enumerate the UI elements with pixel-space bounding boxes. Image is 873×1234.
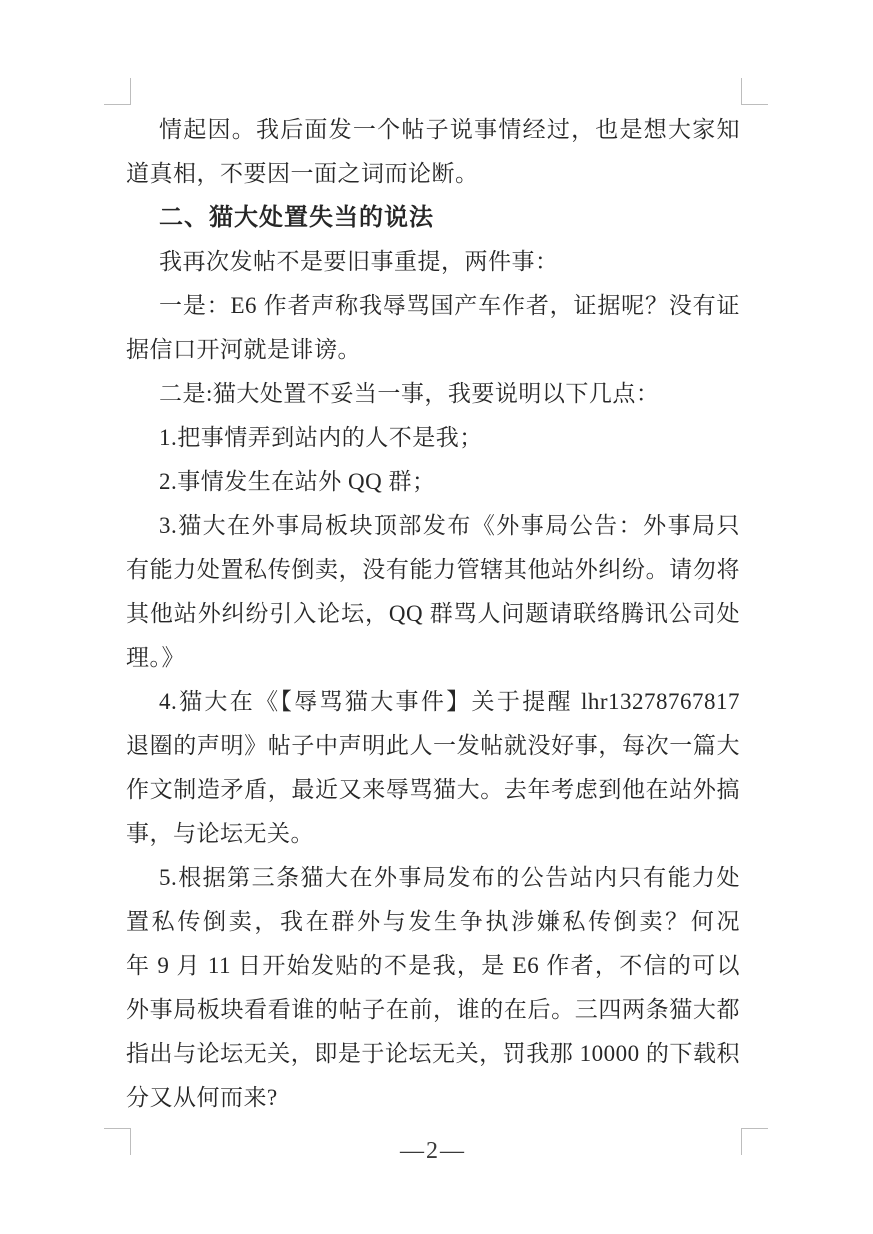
- text-line: 分又从何而来?: [126, 1076, 740, 1120]
- text-line: 4.猫大在《【辱骂猫大事件】关于提醒 lhr13278767817: [126, 680, 740, 724]
- text-line: 情起因。我后面发一个帖子说事情经过，也是想大家知: [126, 108, 740, 152]
- text-line: 一是：E6 作者声称我辱骂国产车作者，证据呢？没有证: [126, 284, 740, 328]
- text-line: 作文制造矛盾，最近又来辱骂猫大。去年考虑到他在站外搞: [126, 768, 740, 812]
- text-line: 3.猫大在外事局板块顶部发布《外事局公告：外事局只: [126, 504, 740, 548]
- crop-mark-bottom-right-icon: [741, 1128, 768, 1155]
- text-line: 据信口开河就是诽谤。: [126, 328, 740, 372]
- text-line: 置私传倒卖，我在群外与发生争执涉嫌私传倒卖？何况 2022: [126, 900, 740, 944]
- crop-mark-top-left-icon: [104, 78, 131, 105]
- text-line: 事，与论坛无关。: [126, 812, 740, 856]
- text-line: 道真相，不要因一面之词而论断。: [126, 152, 740, 196]
- text-line: 5.根据第三条猫大在外事局发布的公告站内只有能力处: [126, 856, 740, 900]
- text-line: 指出与论坛无关，即是于论坛无关，罚我那 10000 的下载积: [126, 1032, 740, 1076]
- text-line: 其他站外纠纷引入论坛，QQ 群骂人问题请联络腾讯公司处: [126, 592, 740, 636]
- document-page: 情起因。我后面发一个帖子说事情经过，也是想大家知道真相，不要因一面之词而论断。二…: [0, 0, 873, 1234]
- text-line: 年 9 月 11 日开始发贴的不是我，是 E6 作者，不信的可以去: [126, 944, 740, 988]
- text-line: 2.事情发生在站外 QQ 群；: [126, 460, 740, 504]
- page-number: —2—: [126, 1138, 740, 1165]
- text-line: 外事局板块看看谁的帖子在前，谁的在后。三四两条猫大都: [126, 988, 740, 1032]
- document-body: 情起因。我后面发一个帖子说事情经过，也是想大家知道真相，不要因一面之词而论断。二…: [126, 108, 740, 1120]
- text-line: 二、猫大处置失当的说法: [126, 196, 740, 240]
- text-line: 1.把事情弄到站内的人不是我；: [126, 416, 740, 460]
- text-line: 理。》: [126, 636, 740, 680]
- text-line: 二是:猫大处置不妥当一事，我要说明以下几点：: [126, 372, 740, 416]
- text-line: 有能力处置私传倒卖，没有能力管辖其他站外纠纷。请勿将: [126, 548, 740, 592]
- crop-mark-top-right-icon: [741, 78, 768, 105]
- text-line: 退圈的声明》帖子中声明此人一发帖就没好事，每次一篇大: [126, 724, 740, 768]
- text-line: 我再次发帖不是要旧事重提，两件事：: [126, 240, 740, 284]
